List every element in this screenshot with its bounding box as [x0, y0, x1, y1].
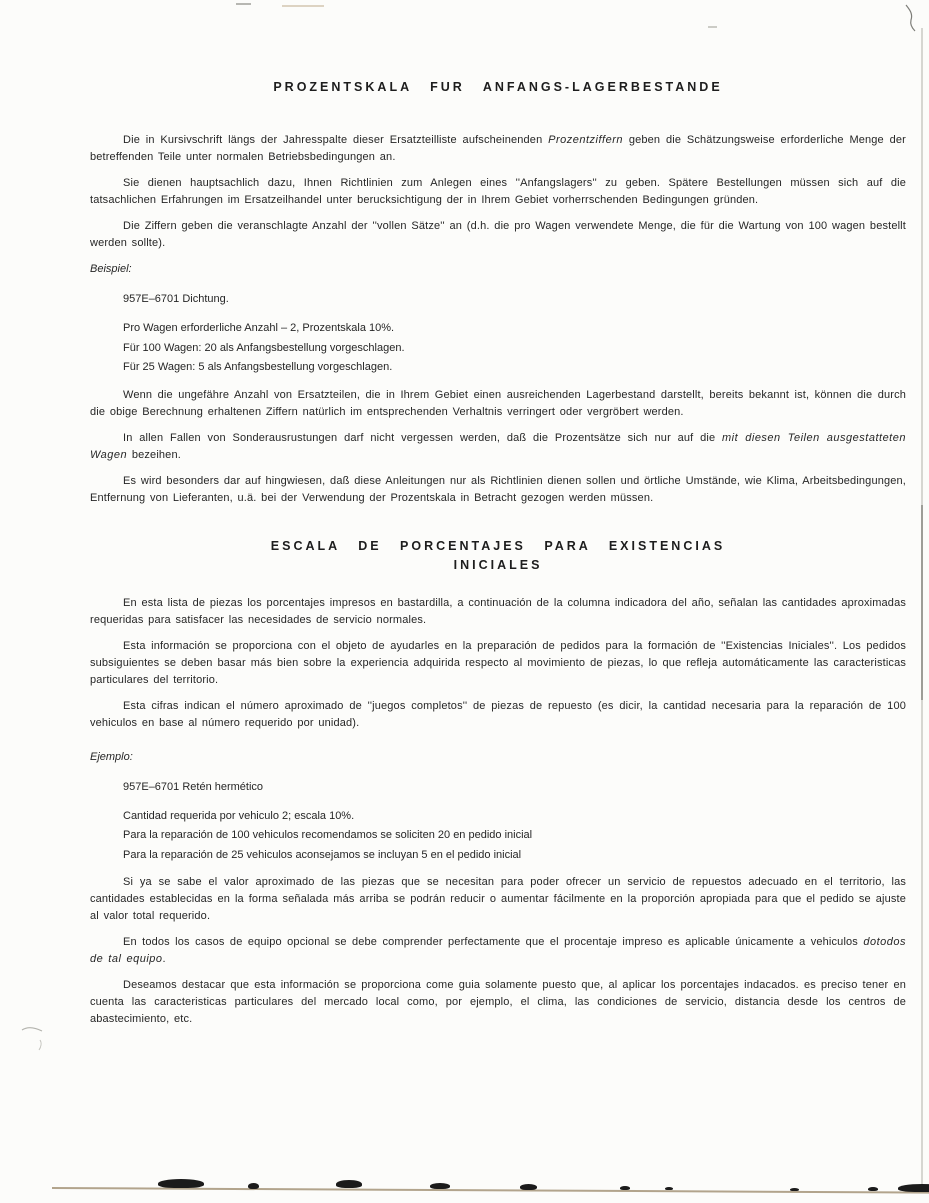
scan-ink-blob [620, 1186, 630, 1190]
document-page: PROZENTSKALA FUR ANFANGS-LAGERBESTANDE D… [0, 0, 929, 1203]
scan-smudge [282, 5, 324, 7]
scan-ink-blob [430, 1183, 450, 1189]
spanish-example-line: Para la reparación de 100 vehiculos reco… [123, 826, 906, 846]
german-example-line: Für 25 Wagen: 5 als Anfangsbestellung vo… [123, 358, 906, 378]
italic-emphasis: Prozentziffern [548, 134, 623, 146]
scan-smudge [708, 26, 717, 28]
scan-smudge [236, 3, 251, 5]
page-content: PROZENTSKALA FUR ANFANGS-LAGERBESTANDE D… [90, 80, 906, 1037]
spanish-title-line-1: ESCALA DE PORCENTAJES PARA EXISTENCIAS [90, 537, 906, 556]
german-para-3: Die Ziffern geben die veranschlagte Anza… [90, 218, 906, 252]
scan-ink-blob [665, 1187, 673, 1190]
german-para-5-pre: In allen Fallen von Sonderausrustungen d… [123, 432, 722, 444]
spanish-section-title: ESCALA DE PORCENTAJES PARA EXISTENCIAS I… [90, 537, 906, 575]
spanish-para-1: En esta lista de piezas los porcentajes … [90, 595, 906, 629]
scan-corner-hook-mark [900, 4, 918, 32]
spanish-example-lines: Cantidad requerida por vehiculo 2; escal… [90, 807, 906, 866]
german-para-5: In allen Fallen von Sonderausrustungen d… [90, 430, 906, 464]
spanish-para-6: Deseamos destacar que esta información s… [90, 977, 906, 1028]
scan-ink-blob [898, 1184, 929, 1192]
scan-page-edge-line-dark [921, 505, 923, 700]
scan-ink-blob [868, 1187, 878, 1191]
german-example-part-number: 957E–6701 Dichtung. [90, 291, 906, 308]
scan-ink-blob [158, 1179, 204, 1188]
scan-ink-blob [248, 1183, 259, 1189]
scan-ink-blob [790, 1188, 799, 1191]
spanish-para-4: Si ya se sabe el valor aproximado de las… [90, 874, 906, 925]
spanish-example-label: Ejemplo: [90, 749, 906, 766]
spanish-para-3: Esta cifras indican el número aproximado… [90, 698, 906, 732]
german-para-4: Wenn die ungefähre Anzahl von Ersatzteil… [90, 387, 906, 421]
scan-pencil-mark [18, 1022, 52, 1052]
german-para-5-post: bezeihen. [127, 449, 181, 461]
spanish-example-line: Cantidad requerida por vehiculo 2; escal… [123, 807, 906, 827]
german-para-1-pre: Die in Kursivschrift längs der Jahresspa… [123, 134, 548, 146]
spanish-para-5-post: . [163, 953, 166, 965]
spanish-example-part-number: 957E–6701 Retén hermético [90, 779, 906, 796]
german-section-title: PROZENTSKALA FUR ANFANGS-LAGERBESTANDE [90, 80, 906, 94]
german-example-label: Beispiel: [90, 261, 906, 278]
german-para-2: Sie dienen hauptsachlich dazu, Ihnen Ric… [90, 175, 906, 209]
spanish-example-line: Para la reparación de 25 vehiculos acons… [123, 846, 906, 866]
german-example-lines: Pro Wagen erforderliche Anzahl – 2, Proz… [90, 319, 906, 378]
spanish-para-2: Esta información se proporciona con el o… [90, 638, 906, 689]
german-para-6: Es wird besonders dar auf hingwiesen, da… [90, 473, 906, 507]
german-example-line: Für 100 Wagen: 20 als Anfangsbestellung … [123, 339, 906, 359]
german-example-line: Pro Wagen erforderliche Anzahl – 2, Proz… [123, 319, 906, 339]
scan-ink-blob [520, 1184, 537, 1190]
spanish-para-5: En todos los casos de equipo opcional se… [90, 934, 906, 968]
german-para-1: Die in Kursivschrift längs der Jahresspa… [90, 132, 906, 166]
spanish-title-line-2: INICIALES [90, 556, 906, 575]
spanish-para-5-pre: En todos los casos de equipo opcional se… [123, 936, 863, 948]
scan-ink-blob [336, 1180, 362, 1188]
